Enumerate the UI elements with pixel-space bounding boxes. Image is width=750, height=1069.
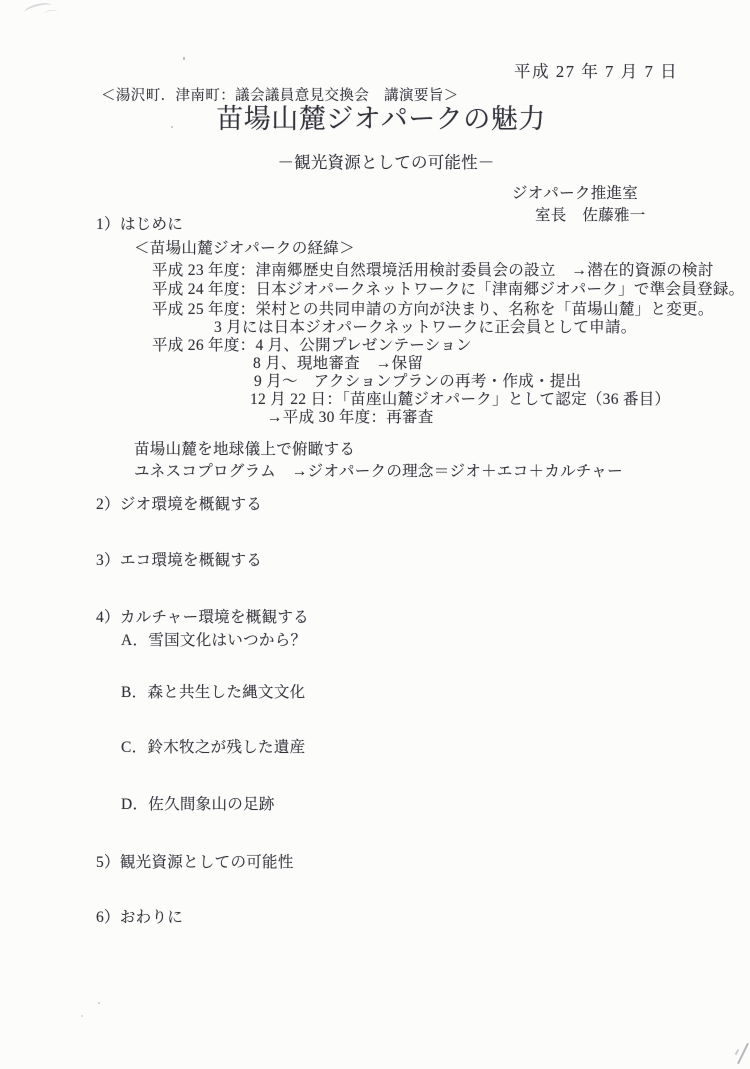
note-line: ユネスコプログラム →ジオパークの理念＝ジオ＋エコ＋カルチャー xyxy=(134,462,623,481)
history-line: 12 月 22 日：「苗座山麓ジオパーク」として認定（36 番目） xyxy=(250,390,670,409)
history-line: 平成 23 年度：津南郷歴史自然環境活用検討委員会の設立 →潜在的資源の検討 xyxy=(152,261,714,280)
history-line: 平成 25 年度：栄村との共同申請の方向が決まり、名称を「苗場山麓」と変更。 xyxy=(152,300,714,319)
history-line: 8 月、現地審査 →保留 xyxy=(253,354,423,373)
history-line: 平成 24 年度：日本ジオパークネットワークに「津南郷ジオパーク」で準会員登録。 xyxy=(152,280,744,299)
scan-speck-4 xyxy=(81,1015,83,1017)
office-name: ジオパーク推進室 xyxy=(512,184,638,203)
document-title: 苗場山麓ジオパークの魅力 xyxy=(6,110,750,129)
history-line: 9 月～ アクションプランの再考・作成・提出 xyxy=(254,372,581,391)
history-line: 平成 26 年度：4 月、公開プレゼンテーション xyxy=(152,336,472,355)
section-1-heading: 1）はじめに xyxy=(96,215,183,234)
scan-speck-3 xyxy=(98,1002,100,1004)
document-date: 平成 27 年 7 月 7 日 xyxy=(514,62,678,81)
subsection-item-a: A．雪国文化はいつから？ xyxy=(121,631,306,650)
subsection-item-d: D．佐久間象山の足跡 xyxy=(121,795,275,814)
note-line: 苗場山麓を地球儀上で俯瞰する xyxy=(134,440,355,459)
history-line: →平成 30 年度：再審査 xyxy=(267,408,434,427)
history-subheading: ＜苗場山麓ジオパークの経緯＞ xyxy=(134,239,355,258)
subsection-item-b: B．森と共生した縄文文化 xyxy=(121,683,305,702)
section-4-heading: 4）カルチャー環境を概観する xyxy=(96,608,309,627)
document-subtitle: －観光資源としての可能性－ xyxy=(11,153,750,172)
presenter-name: 室長 佐藤雅一 xyxy=(535,206,646,225)
section-2-heading: 2）ジオ環境を概観する xyxy=(96,495,262,514)
section-3-heading: 3）エコ環境を概観する xyxy=(96,551,262,570)
scan-mark-bottomright-2 xyxy=(735,1049,739,1055)
subsection-item-c: C．鈴木牧之が残した遺産 xyxy=(121,738,305,757)
scan-speck-1 xyxy=(183,57,185,60)
scan-smudge-topleft-2 xyxy=(44,9,59,17)
section-6-heading: 6）おわりに xyxy=(96,908,183,927)
scan-mark-bottomright xyxy=(737,1043,749,1065)
history-line: 3 月には日本ジオパークネットワークに正会員として申請。 xyxy=(214,318,637,337)
section-5-heading: 5）観光資源としての可能性 xyxy=(96,853,294,872)
scanned-document-page: 平成 27 年 7 月 7 日 ＜湯沢町．津南町：議会議員意見交換会 講演要旨＞… xyxy=(0,0,750,1069)
